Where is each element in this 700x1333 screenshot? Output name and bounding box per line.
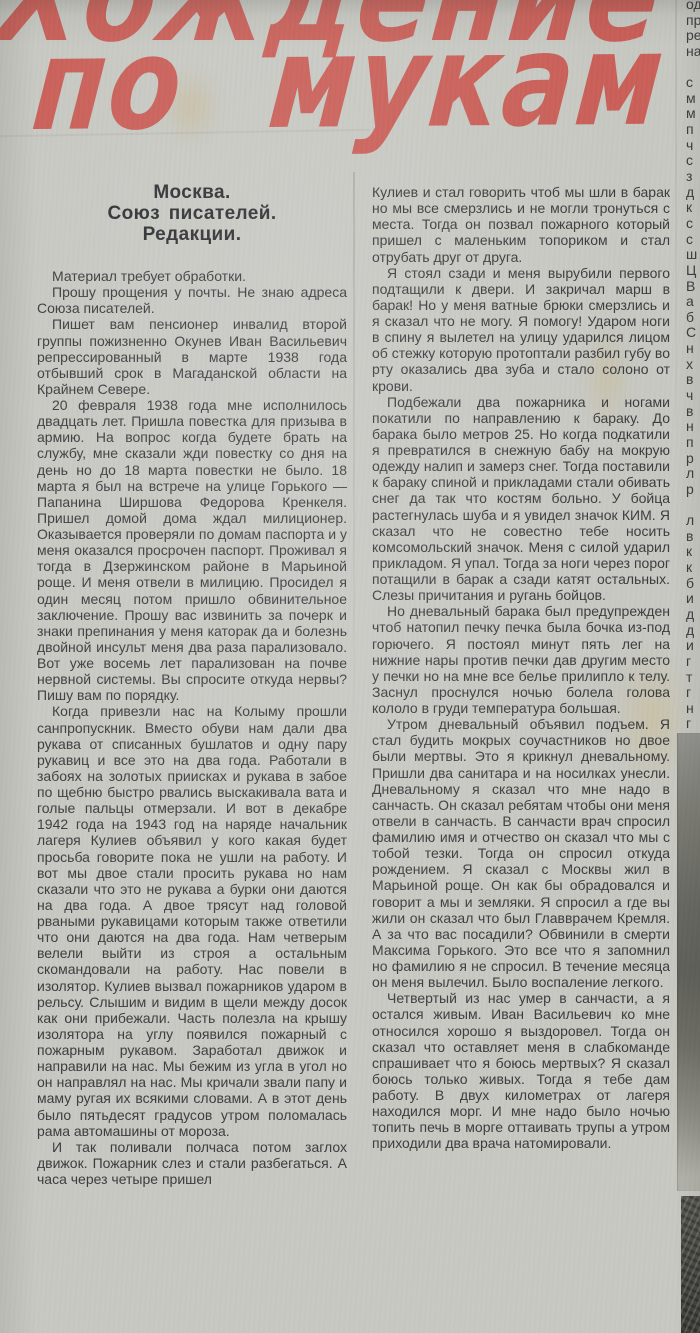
column-fragment: к [686, 560, 700, 576]
column-fragment: л [686, 513, 700, 529]
paragraph: Прошу прощения у почты. Не знаю адреса С… [37, 284, 347, 316]
column-fragment: ч [686, 388, 700, 404]
paragraph: Когда привезли нас на Колыму прошли санп… [37, 703, 347, 1138]
column-fragment: д [686, 607, 700, 623]
column-fragment: с [686, 232, 700, 248]
column-fragment: ч [686, 138, 700, 154]
paragraph: Я стоял сзади и меня вырубили первого по… [372, 265, 670, 394]
paragraph: 20 февраля 1938 года мне исполнилось два… [37, 397, 347, 703]
paragraph: Но дневальный барака был предупрежден чт… [372, 603, 670, 716]
text-column-left: Материал требует обработки.Прошу прощени… [37, 268, 347, 1333]
column-fragment [686, 498, 700, 514]
column-fragment: д [686, 623, 700, 639]
column-fragment: г [686, 654, 700, 670]
column-fragment: к [686, 200, 700, 216]
column-fragment: Ц [686, 263, 700, 279]
column-fragment: д [686, 185, 700, 201]
column-fragment: в [686, 404, 700, 420]
column-fragment: п [686, 435, 700, 451]
paragraph: Кулиев и стал говорить чтоб мы шли в бар… [372, 184, 670, 265]
column-fragment: л [686, 466, 700, 482]
column-fragment: г [686, 716, 700, 732]
heading-line: Москва. [37, 182, 347, 203]
column-fragment: т [686, 670, 700, 686]
paper-crease [353, 172, 355, 772]
column-fragment: В [686, 279, 700, 295]
column-fragment: од [686, 0, 700, 13]
column-fragment [686, 60, 700, 76]
column-fragment: з [686, 169, 700, 185]
column-fragment: в [686, 529, 700, 545]
column-fragment: м [686, 106, 700, 122]
column-fragment: х [686, 357, 700, 373]
paragraph: Пишет вам пенсионер инвалид второй групп… [37, 316, 347, 397]
photo-strip [677, 733, 700, 1191]
newspaper-scan: { "title": { "line1": "Хождение", "line2… [0, 0, 700, 1333]
column-fragment: с [686, 216, 700, 232]
heading-line: Союз писателей. [37, 203, 347, 224]
column-fragment: н [686, 341, 700, 357]
text-column-right: Кулиев и стал говорить чтоб мы шли в бар… [372, 184, 670, 1333]
column-fragment: н [686, 419, 700, 435]
column-fragment: п [686, 122, 700, 138]
column-fragment: к [686, 544, 700, 560]
paragraph: И так поливали полчаса потом заглох движ… [37, 1139, 347, 1187]
column-fragment: в [686, 372, 700, 388]
paper-crease [675, 0, 677, 430]
cutoff-text-column: одпрренасммпчсздкссшЦВабСнхвчвнпрлрлвккб… [686, 0, 700, 732]
column-fragment: м [686, 91, 700, 107]
column-fragment: н [686, 701, 700, 717]
column-fragment: г [686, 685, 700, 701]
paragraph: Четвертый из нас умер в санчасти, а я ос… [372, 990, 670, 1151]
column-fragment: ш [686, 247, 700, 263]
column-fragment: и [686, 638, 700, 654]
column-fragment: на [686, 44, 700, 60]
paragraph: Материал требует обработки. [37, 268, 347, 284]
paragraph: Подбежали два пожарника и ногами покатил… [372, 394, 670, 604]
column-fragment: пр [686, 13, 700, 29]
photo-corner [681, 1196, 700, 1333]
article-heading: Москва.Союз писателей.Редакции. [37, 182, 347, 245]
column-fragment: а [686, 294, 700, 310]
column-fragment: ре [686, 28, 700, 44]
column-fragment: с [686, 153, 700, 169]
column-fragment: р [686, 451, 700, 467]
column-fragment: с [686, 75, 700, 91]
column-fragment: С [686, 325, 700, 341]
heading-line: Редакции. [37, 224, 347, 245]
article-title-line-2: по мукам [28, 17, 671, 150]
column-fragment: р [686, 482, 700, 498]
column-fragment: б [686, 310, 700, 326]
column-fragment: и [686, 591, 700, 607]
column-fragment: б [686, 576, 700, 592]
paragraph: Утром дневальный объявил подъем. Я стал … [372, 716, 670, 990]
